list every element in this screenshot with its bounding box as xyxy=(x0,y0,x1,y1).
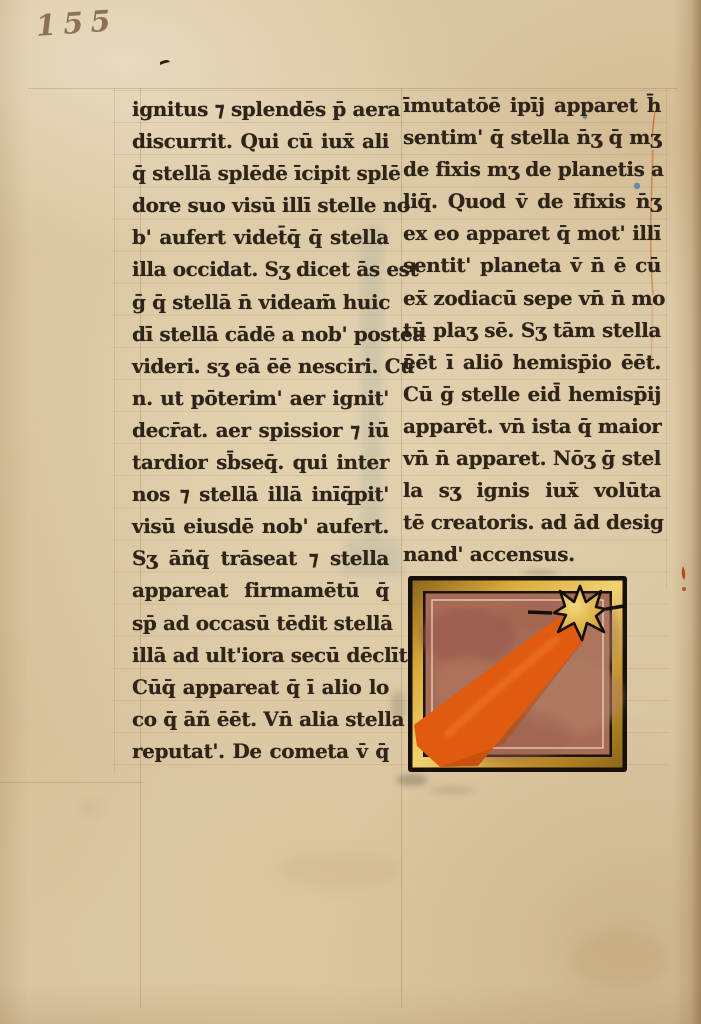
text-line: ignitus ⁊ splendēs p̄ aera xyxy=(132,93,389,125)
red-drip-marks xyxy=(682,566,686,591)
text-line: tardior sb̄seq̄. qui inter xyxy=(132,446,389,478)
text-line: co q̄ āñ ēēt. Vn̄ alia stella xyxy=(132,703,389,735)
text-line: n. ut pōterim' aer ignit' xyxy=(132,382,389,414)
page-edge-shadow xyxy=(691,0,701,1024)
text-line: illa occidat. Sʒ dicet ās est xyxy=(132,253,389,285)
ruling-line-lower-margin xyxy=(0,782,143,783)
text-line: apparēt. vn̄ ista q̄ maior xyxy=(403,410,661,442)
text-line: Cūq̄ appareat q̄ ī alio lo xyxy=(132,671,389,703)
text-line: sentit' planeta v̄ n̄ ē cū xyxy=(403,249,661,281)
text-line: de fixis mʒ de planetis a xyxy=(403,153,661,185)
text-line: ex eo apparet q̄ mot' illī xyxy=(403,217,661,249)
text-column-right: īmutatōē ipīj apparet h̄sentim' q̄ stell… xyxy=(403,89,661,570)
text-line: nos ⁊ stellā illā inīq̄pit' xyxy=(132,478,389,510)
text-line: tū plaʒ sē. Sʒ tām stella xyxy=(403,314,661,346)
text-line: decr̄at. aer spissior ⁊ iū xyxy=(132,414,389,446)
text-line: la sʒ ignis iux̄ volūta xyxy=(403,474,661,506)
text-column-left: ignitus ⁊ splendēs p̄ aeradiscurrit. Qui… xyxy=(132,93,389,767)
text-line: b' aufert videt̄q̄ q̄ stella xyxy=(132,221,389,253)
text-line: ḡ q̄ stellā n̄ videam̄ huic xyxy=(132,286,389,318)
text-line: ex̄ zodiacū sepe vn̄ n̄ mo xyxy=(403,282,661,314)
text-line: reputat'. De cometa v̄ q̄ xyxy=(132,735,389,767)
text-line: Sʒ āñq̄ trāseat ⁊ stella xyxy=(132,542,389,574)
text-line: tē creatoris. ad ād desig xyxy=(403,506,661,538)
text-line: visū eiusdē nob' aufert. xyxy=(132,510,389,542)
text-line: vn̄ n̄ apparet. Nōʒ ḡ stel xyxy=(403,442,661,474)
comet-miniature xyxy=(408,576,627,772)
ruling-vertical-center xyxy=(401,88,402,1008)
manuscript-page: 155 ignitus ⁊ splendēs p̄ aeradiscurrit.… xyxy=(0,0,701,1024)
text-line: liq̄. Quod v̄ de īfixis n̄ʒ xyxy=(403,185,661,217)
text-line: nand' accensus. xyxy=(403,538,661,570)
text-line: sentim' q̄ stella n̄ʒ q̄ mʒ xyxy=(403,121,661,153)
text-line: dī stellā cādē a nob' postea xyxy=(132,318,389,350)
text-line: Cū ḡ stelle eid̄ hemisp̄ij xyxy=(403,378,661,410)
text-line: īmutatōē ipīj apparet h̄ xyxy=(403,89,661,121)
text-line: illā ad ult'iora secū dēclīt. xyxy=(132,639,389,671)
text-line: sp̄ ad occasū tēdit stellā xyxy=(132,607,389,639)
text-line: videri. sʒ eā ēē nesciri. Cū xyxy=(132,350,389,382)
ruling-vertical-outer-left xyxy=(114,88,115,774)
text-line: discurrit. Qui cū iux̄ ali xyxy=(132,125,389,157)
ink-flick-mark xyxy=(160,60,170,65)
text-line: dore suo visū illī stelle no xyxy=(132,189,389,221)
stain-marks xyxy=(84,805,670,990)
text-line: appareat firmamētū q̄ xyxy=(132,574,389,606)
folio-number: 155 xyxy=(35,3,119,43)
ruling-vertical-outer-right xyxy=(666,88,667,588)
text-line: q̄ stellā splēdē īcipit splē xyxy=(132,157,389,189)
text-line: ēēt ī aliō hemisp̄io ēēt. xyxy=(403,346,661,378)
